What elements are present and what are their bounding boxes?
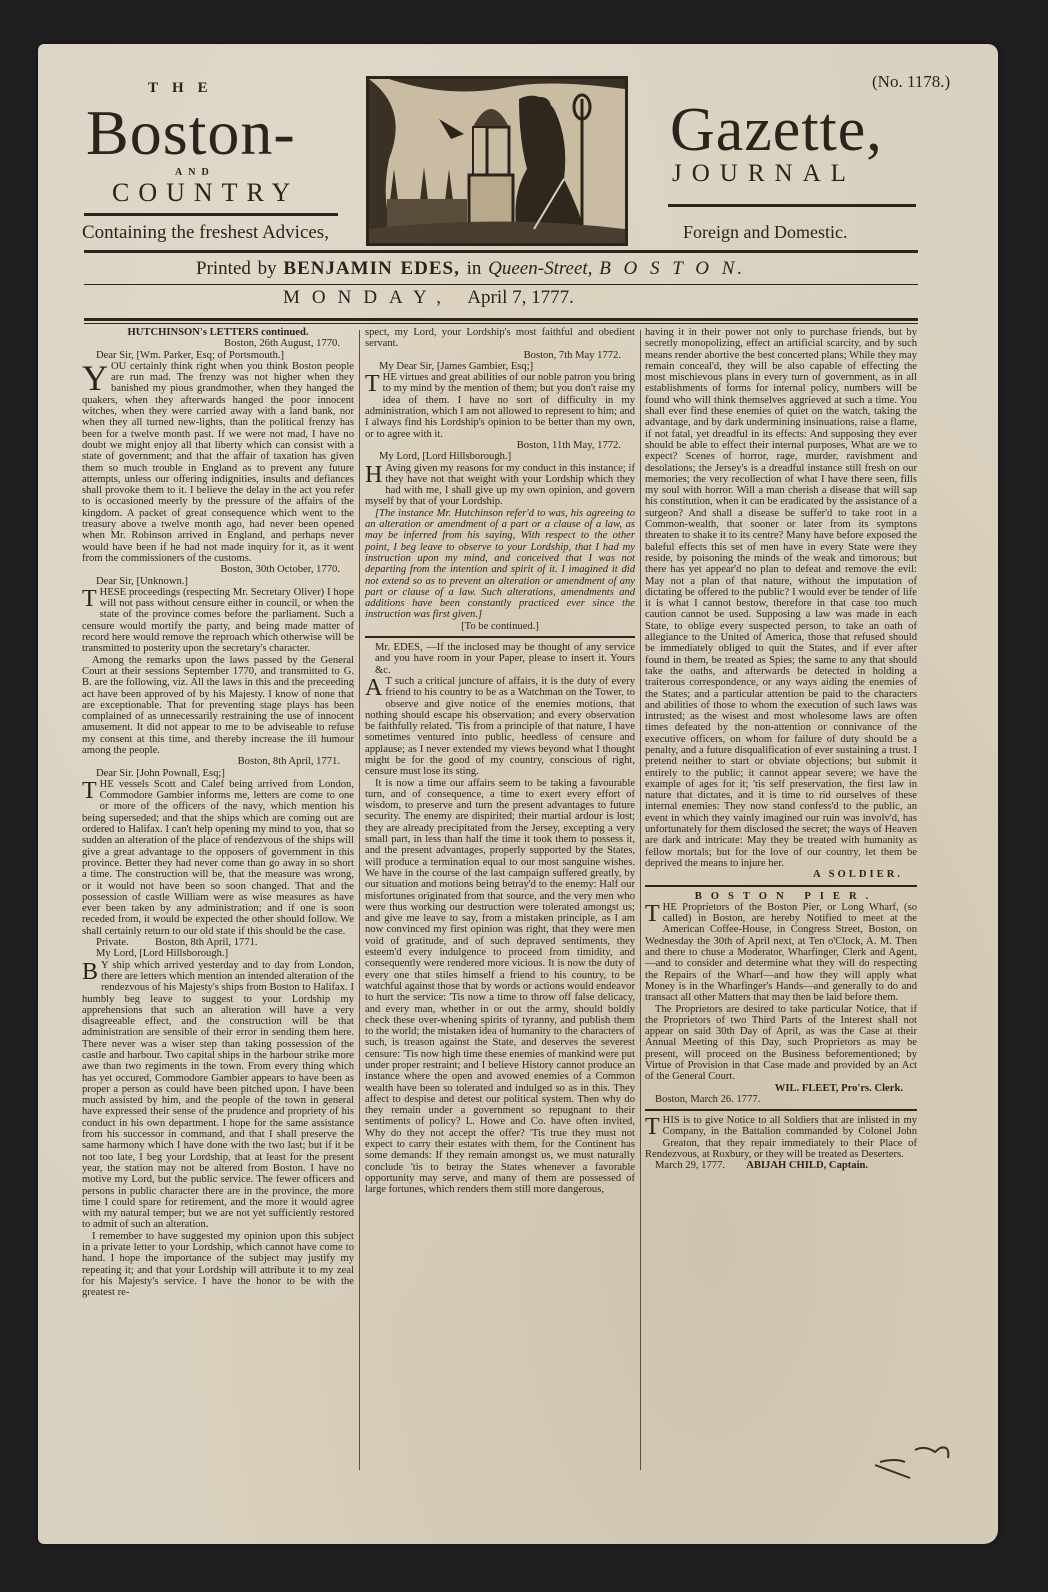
printer-name: BENJAMIN EDES,: [283, 258, 459, 279]
letter-to-editor: Mr. EDES, —If the inclosed may be though…: [365, 642, 635, 676]
letter-paragraph: YOU certainly think right when you think…: [82, 361, 354, 564]
letter-paragraph: THE vessels Scott and Calef being arrive…: [82, 779, 354, 937]
dateline: Boston, 7th May 1772.: [365, 350, 635, 361]
salutation: Dear Sir, [Wm. Parker, Esq; of Portsmout…: [82, 350, 354, 361]
printer-line: Printed by BENJAMIN EDES, in Queen-Stree…: [196, 258, 745, 280]
printed-by-label: Printed by: [196, 258, 277, 279]
salutation: My Dear Sir, [James Gambier, Esq;]: [365, 361, 635, 372]
salutation: Dear Sir, [Unknown.]: [82, 576, 354, 587]
private-dateline: Private. Boston, 8th April, 1771.: [82, 937, 354, 948]
masthead-rule-middle: [84, 284, 918, 285]
masthead-country: COUNTRY: [112, 178, 299, 208]
letter-paragraph: Among the remarks upon the laws passed b…: [82, 655, 354, 757]
advertisement-dateline: Boston, March 26. 1777.: [645, 1094, 917, 1105]
salutation: My Lord, [Lord Hillsborough.]: [365, 451, 635, 462]
letter-paragraph: THESE proceedings (respecting Mr. Secret…: [82, 587, 354, 655]
column-divider-2: [640, 330, 641, 1470]
to-be-continued: [To be continued.]: [365, 621, 635, 632]
dateline: Boston, 30th October, 1770.: [82, 564, 354, 575]
drop-cap: Y: [82, 362, 108, 394]
issue-number: (No. 1178.): [872, 72, 950, 92]
masthead-title-right: Gazette,: [670, 95, 883, 166]
drop-cap: H: [365, 464, 382, 486]
drop-cap: T: [645, 1116, 660, 1138]
article-heading: HUTCHINSON's LETTERS continued.: [82, 327, 354, 338]
masthead-rule-bottom: [84, 318, 918, 321]
essay-signature: A SOLDIER.: [645, 869, 917, 880]
advertisement-signature: WIL. FLEET, Pro'rs. Clerk.: [645, 1083, 917, 1094]
advertisement-paragraph: THE Proprietors of the Boston Pier, or L…: [645, 902, 917, 1004]
drop-cap: B: [82, 961, 98, 983]
dateline: Boston, 11th May, 1772.: [365, 440, 635, 451]
editorial-note: [The instance Mr. Hutchinson refer'd to …: [365, 508, 635, 621]
street-name: Queen-Street,: [488, 258, 592, 279]
notice-paragraph: THIS is to give Notice to all Soldiers t…: [645, 1115, 917, 1160]
issue-day: MONDAY,: [283, 287, 453, 308]
printed-in-label: in: [467, 258, 482, 279]
notice-footer: March 29, 1777. ABIJAH CHILD, Captain.: [645, 1160, 917, 1171]
salutation: My Lord, [Lord Hillsborough.]: [82, 948, 354, 959]
letter-paragraph: THE virtues and great abilities of our n…: [365, 372, 635, 440]
letter-paragraph: BY ship which arrived yesterday and to d…: [82, 960, 354, 1231]
masthead-rule-top: [84, 250, 918, 253]
masthead-the: THE: [148, 80, 222, 97]
salutation: Dear Sir. [John Pownall, Esq;]: [82, 768, 354, 779]
essay-paragraph: AT such a critical juncture of affairs, …: [365, 676, 635, 778]
masthead-journal: JOURNAL: [672, 160, 856, 188]
section-divider: [645, 1109, 917, 1111]
drop-cap: T: [365, 373, 380, 395]
drop-cap: T: [645, 903, 660, 925]
issue-date: April 7, 1777.: [467, 287, 574, 308]
advertisement-paragraph: The Proprietors are desired to take part…: [645, 1004, 917, 1083]
drop-cap: T: [82, 588, 97, 610]
issue-date-line: MONDAY, April 7, 1777.: [283, 287, 574, 309]
letter-continuation: spect, my Lord, your Lordship's most fai…: [365, 327, 635, 350]
column-divider-1: [359, 330, 360, 1470]
section-divider: [645, 885, 917, 887]
masthead-title-left: Boston-: [86, 96, 296, 170]
masthead-and: AND: [175, 167, 215, 178]
woodcut-icon: [369, 79, 625, 243]
advertisement-heading: BOSTON PIER.: [645, 891, 917, 902]
tagline-left: Containing the freshest Advices,: [82, 222, 329, 244]
tagline-right: Foreign and Domestic.: [683, 222, 847, 243]
masthead-rule-bottom-thin: [84, 323, 918, 324]
drop-cap: A: [365, 677, 382, 699]
letter-paragraph: I remember to have suggested my opinion …: [82, 1231, 354, 1299]
essay-paragraph: It is now a time our affairs seem to be …: [365, 778, 635, 1196]
column-2: spect, my Lord, your Lordship's most fai…: [365, 327, 635, 1196]
essay-continuation: having it in their power not only to pur…: [645, 327, 917, 869]
section-divider: [365, 636, 635, 638]
masthead-rule-left: [84, 213, 338, 216]
city-name: B O S T O N.: [599, 258, 745, 279]
handwritten-scribble-icon: [870, 1440, 960, 1490]
dateline: Boston, 26th August, 1770.: [82, 338, 354, 349]
letter-paragraph: HAving given my reasons for my conduct i…: [365, 463, 635, 508]
drop-cap: T: [82, 780, 97, 802]
liberty-woodcut-illustration: [366, 76, 628, 246]
column-3: having it in their power not only to pur…: [645, 327, 917, 1172]
column-1: HUTCHINSON's LETTERS continued. Boston, …: [82, 327, 354, 1299]
masthead-rule-right: [668, 204, 916, 207]
dateline: Boston, 8th April, 1771.: [82, 756, 354, 767]
